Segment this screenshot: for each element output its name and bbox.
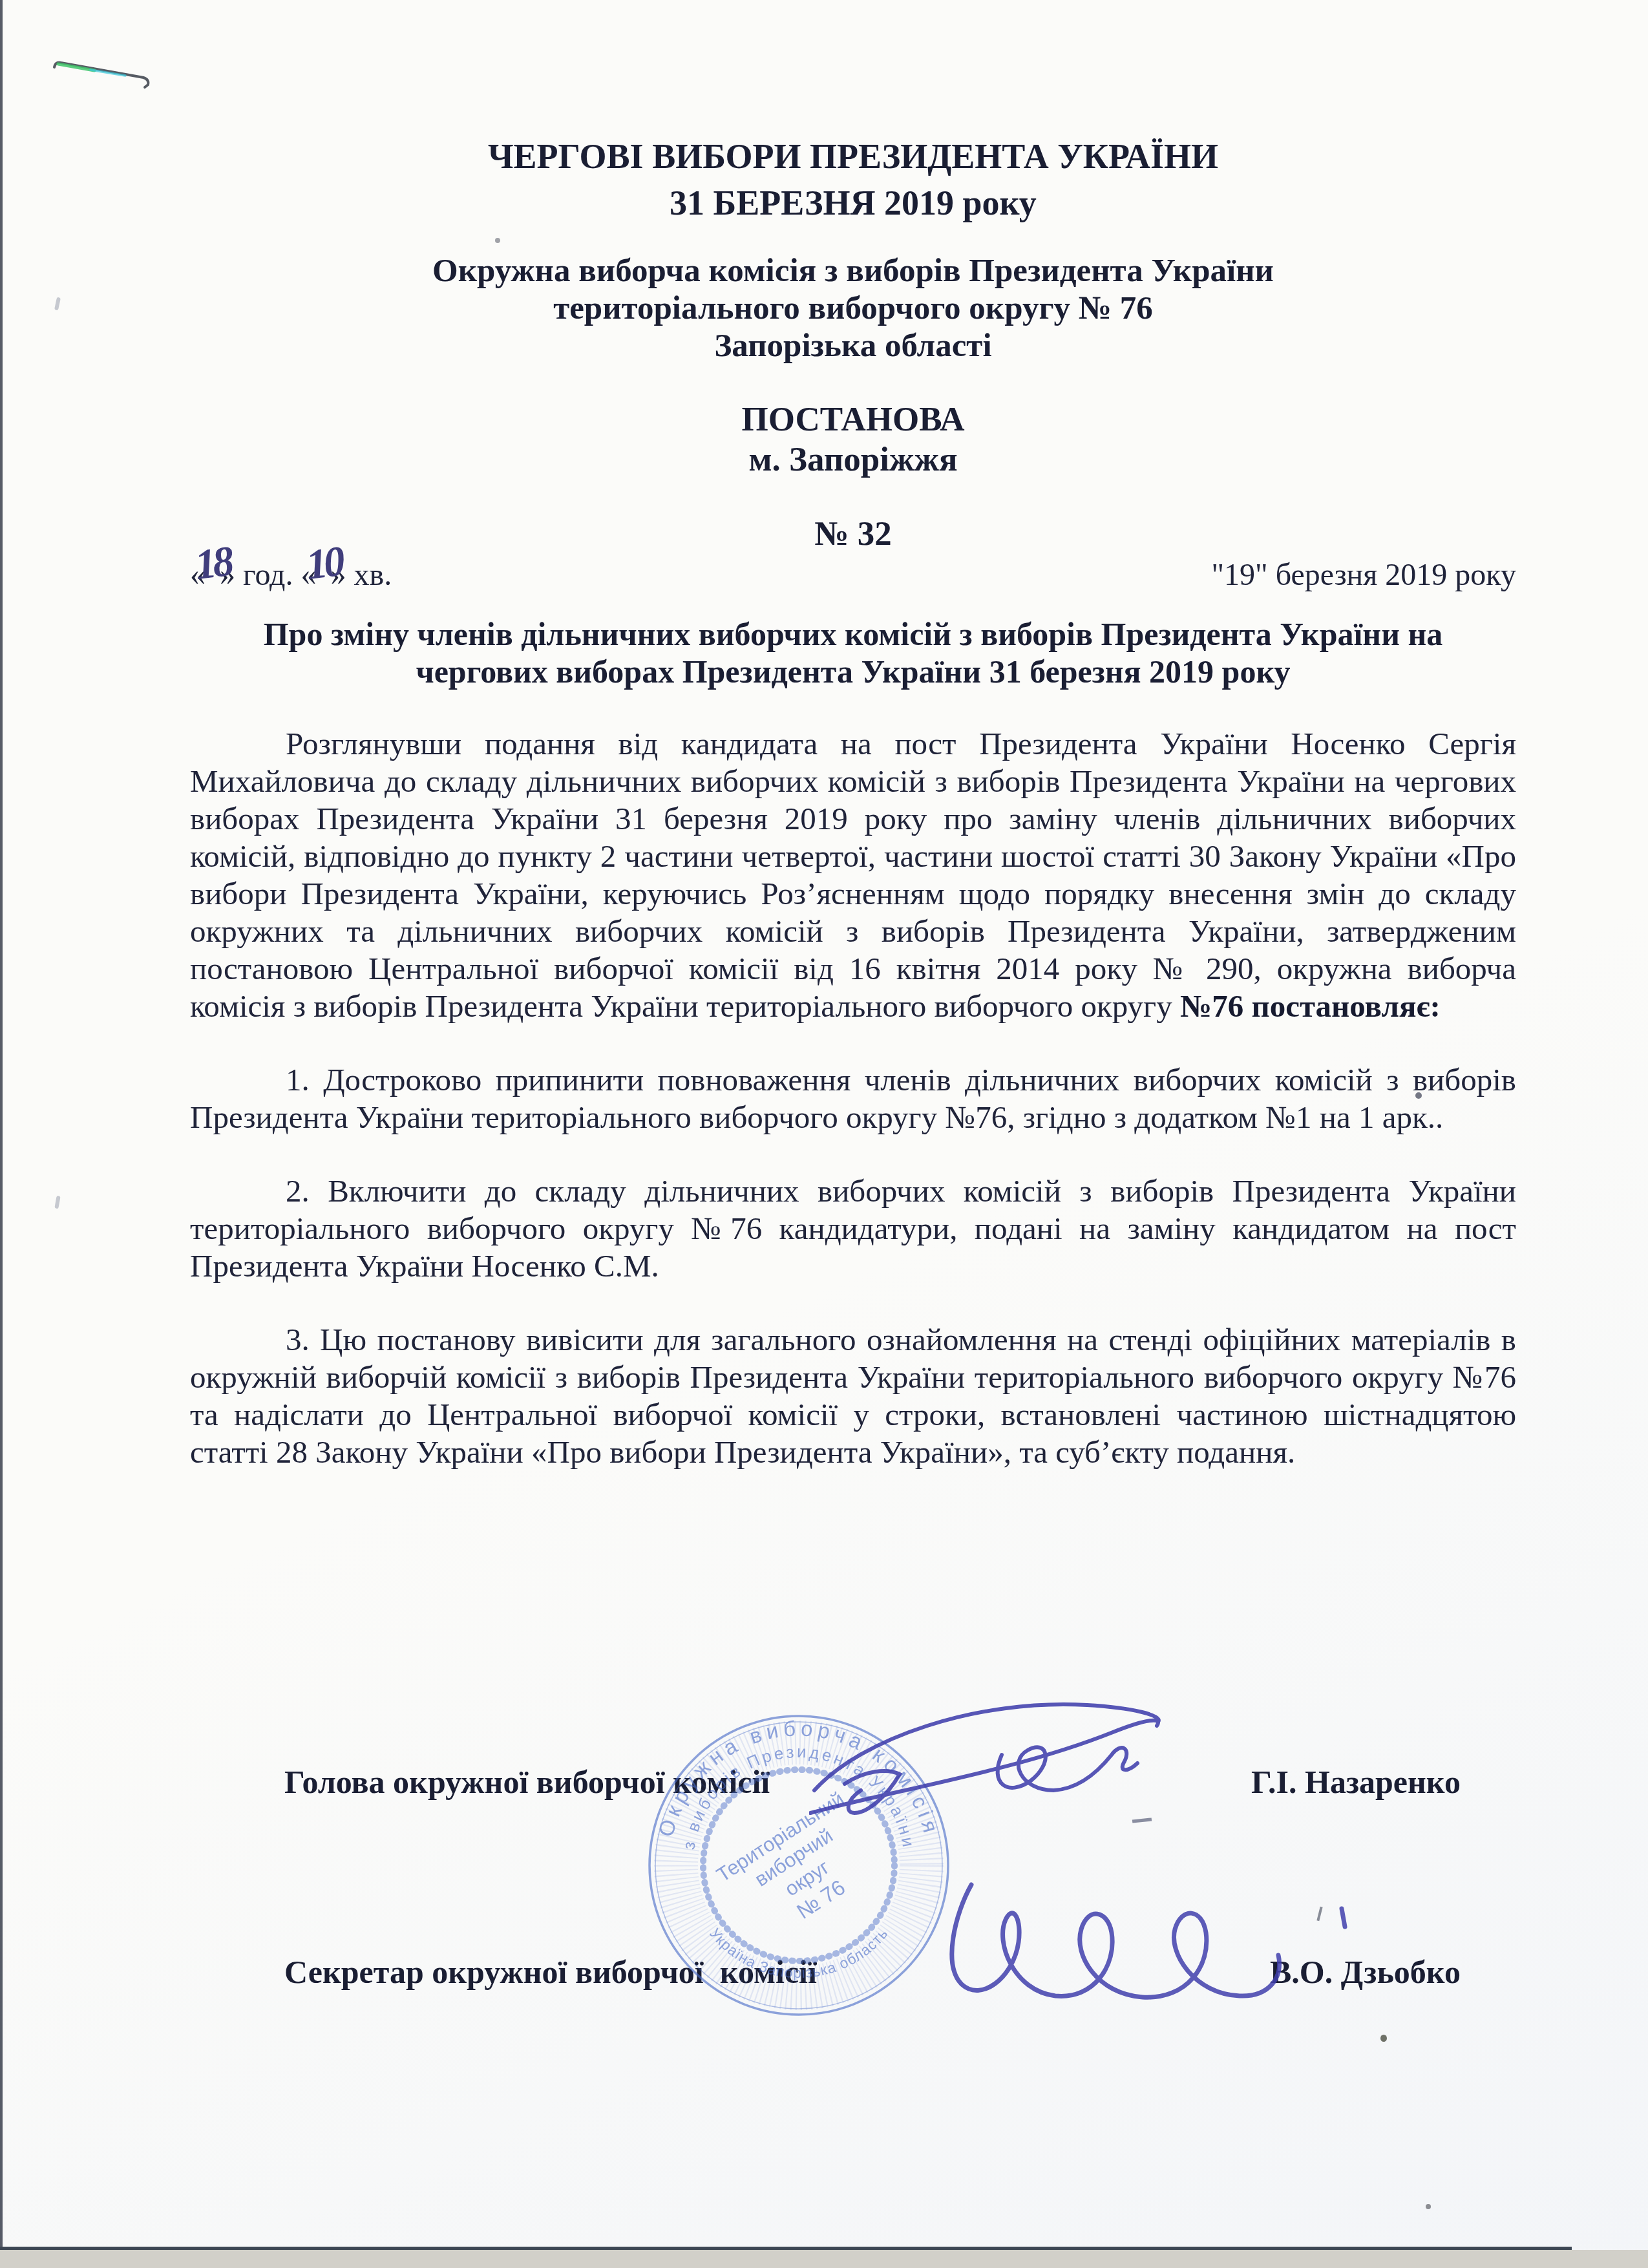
secretary-signature <box>916 1873 1369 2009</box>
datetime-row: «18» год. «10» хв. "19" березня 2019 рок… <box>190 547 1516 596</box>
act-city: м. Запоріжжя <box>190 440 1516 480</box>
resolution-item-3: 3. Цю постанову вивісити для загального … <box>190 1321 1516 1471</box>
dust-speck <box>495 238 500 243</box>
title-line-1: ЧЕРГОВІ ВИБОРИ ПРЕЗИДЕНТА УКРАЇНИ <box>190 133 1516 180</box>
margin-smudge <box>54 297 61 311</box>
resolution-item-1: 1. Достроково припинити повноваження чле… <box>190 1061 1516 1136</box>
handwritten-minute: 10 <box>303 537 344 590</box>
subject-line-1: Про зміну членів дільничних виборчих ком… <box>190 615 1516 653</box>
act-heading: ПОСТАНОВА м. Запоріжжя <box>190 399 1516 480</box>
document-date: "19" березня 2019 року <box>1211 557 1516 593</box>
handwritten-hour: 18 <box>193 537 233 590</box>
chairman-name: Г.І. Назаренко <box>1251 1763 1516 1801</box>
org-line-1: Окружна виборча комісія з виборів Презид… <box>190 252 1516 290</box>
time-filled-line: «18» год. «10» хв. <box>190 547 392 596</box>
margin-smudge <box>54 1196 60 1209</box>
chairman-signature <box>809 1688 1184 1837</box>
subject-heading: Про зміну членів дільничних виборчих ком… <box>190 615 1516 690</box>
org-line-3: Запорізька області <box>190 327 1516 365</box>
commission-name: Окружна виборча комісія з виборів Презид… <box>190 252 1516 365</box>
time-middle: » год. « <box>220 558 317 592</box>
subject-line-2: чергових виборах Президента України 31 б… <box>190 653 1516 690</box>
pen-scratch-artifact <box>40 50 169 96</box>
preamble-resolves: №76 постановляє: <box>1180 988 1441 1024</box>
dust-speck <box>1380 2035 1387 2042</box>
title-line-2: 31 БЕРЕЗНЯ 2019 року <box>190 180 1516 226</box>
scan-bottom-line <box>0 2247 1572 2250</box>
act-kind: ПОСТАНОВА <box>190 399 1516 440</box>
scan-bottom-strip <box>0 2250 1648 2268</box>
preamble-text: Розглянувши подання від кандидата на пос… <box>190 726 1516 1024</box>
resolution-body: Розглянувши подання від кандидата на пос… <box>190 725 1516 1471</box>
preamble-paragraph: Розглянувши подання від кандидата на пос… <box>190 725 1516 1025</box>
scan-edge-line <box>0 0 3 2250</box>
dust-speck <box>1415 1092 1422 1099</box>
scanned-document-page: ЧЕРГОВІ ВИБОРИ ПРЕЗИДЕНТА УКРАЇНИ 31 БЕР… <box>0 0 1648 2268</box>
org-line-2: територіального виборчого округу № 76 <box>190 290 1516 327</box>
dust-speck <box>1426 2204 1431 2209</box>
election-title: ЧЕРГОВІ ВИБОРИ ПРЕЗИДЕНТА УКРАЇНИ 31 БЕР… <box>190 133 1516 226</box>
resolution-item-2: 2. Включити до складу дільничних виборчи… <box>190 1172 1516 1285</box>
